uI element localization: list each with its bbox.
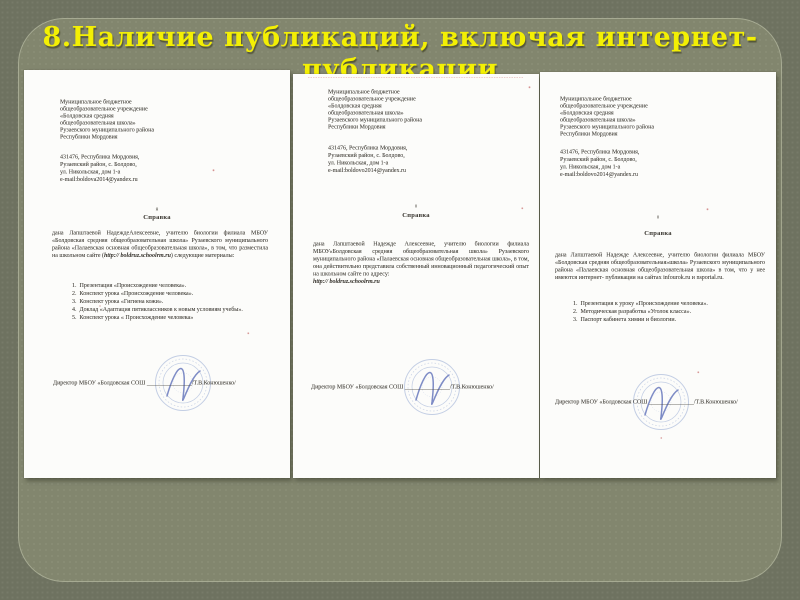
- document-scan-1: Муниципальное бюджетноеобщеобразовательн…: [24, 70, 290, 478]
- red-dashed-line: [308, 77, 523, 78]
- site-url: http:// boldruz.schoolrm.ru: [104, 252, 171, 259]
- doc-body: дана Лапштаевой НадеждеАлексеевне, учите…: [52, 229, 268, 259]
- text-line: Презентация «Происхождение человека».: [78, 281, 290, 289]
- heading-mark: 0: [293, 204, 539, 209]
- text-line: Методическая разработка «Уголок класса».: [579, 307, 776, 315]
- text-line: ул. Никольская, дом 1-а: [60, 168, 215, 176]
- presentation-slide: 8.Наличие публикаций, включая интернет- …: [0, 0, 800, 600]
- text-line: Презентация к уроку «Происхождение челов…: [579, 299, 776, 307]
- text-line: e-mail:boldova2014@yandex.ru: [60, 176, 215, 184]
- text-line: Конспект урока «Гигиена кожи».: [78, 297, 290, 305]
- text-line: Рузаевского муниципального района: [60, 126, 215, 133]
- site-url: http:// boldruz.schoolrm.ru: [313, 278, 529, 286]
- text-line: «Болдовская средняя: [560, 109, 715, 116]
- text-line: Муниципальное бюджетное: [60, 98, 215, 105]
- text-line: общеобразовательное учреждение: [60, 105, 215, 112]
- director-signature-line: Директор МБОУ «Болдовская СОШ __________…: [53, 379, 288, 387]
- text-line: Рузаевский район, с. Болдово,: [60, 161, 215, 169]
- text-line: Рузаевский район, с. Болдово,: [560, 156, 715, 164]
- text-line: общеобразовательная школа»: [328, 109, 483, 116]
- text-line: Рузаевского муниципального района: [560, 123, 715, 130]
- text-line: Рузаевского муниципального района: [328, 116, 483, 123]
- org-header: Муниципальное бюджетноеобщеобразовательн…: [60, 98, 215, 140]
- document-1-content: Муниципальное бюджетноеобщеобразовательн…: [24, 70, 290, 478]
- director-signature-line: Директор МБОУ «Болдовская СОШ __________…: [555, 398, 775, 406]
- org-header: Муниципальное бюджетноеобщеобразовательн…: [328, 88, 483, 130]
- text-line: общеобразовательная школа»: [560, 116, 715, 123]
- text-line: «Болдовская средняя: [60, 112, 215, 119]
- doc-heading: Справка: [24, 213, 290, 221]
- text-line: e-mail:boldovo2014@yandex.ru: [328, 167, 483, 175]
- text-line: Конспект урока «Происхождение человека».: [78, 289, 290, 297]
- ink-speck: [521, 207, 524, 210]
- slide-title-line1: 8.Наличие публикаций, включая интернет-: [0, 22, 800, 54]
- body-text: дана Лапштаевой Надежде Алексеевне, учит…: [555, 251, 765, 281]
- text-line: Республики Мордовия: [60, 133, 215, 140]
- ink-speck: [247, 332, 250, 335]
- ink-speck: [660, 437, 663, 439]
- document-scan-3: Муниципальное бюджетноеобщеобразовательн…: [540, 72, 776, 478]
- doc-heading: Справка: [540, 229, 776, 237]
- text-line: e-mail:boldovo2014@yandex.ru: [560, 171, 715, 179]
- text-line: общеобразовательная школа»: [60, 119, 215, 126]
- text-line: Республики Мордовия: [328, 123, 483, 130]
- document-2-content: Муниципальное бюджетноеобщеобразовательн…: [293, 74, 539, 478]
- body-text: ) следующие материалы:: [171, 252, 234, 259]
- text-line: 431476, Республика Мордовия,: [60, 153, 215, 161]
- heading-mark: й: [24, 207, 290, 212]
- ink-speck: [706, 208, 709, 211]
- text-line: общеобразовательное учреждение: [328, 95, 483, 102]
- ink-speck: [212, 169, 215, 172]
- text-line: Рузаевский район, с. Болдово,: [328, 152, 483, 160]
- text-line: 431476, Республика Мордовия,: [560, 148, 715, 156]
- doc-body: дана Лапштаевой Надежде Алексеевне, учит…: [313, 240, 529, 285]
- body-text: дана Лапштаевой Надежде Алексеевне, учит…: [313, 240, 529, 277]
- doc-heading: Справка: [293, 211, 539, 219]
- materials-list: Презентация к уроку «Происхождение челов…: [566, 299, 776, 323]
- org-header: Муниципальное бюджетноеобщеобразовательн…: [560, 95, 715, 137]
- document-3-content: Муниципальное бюджетноеобщеобразовательн…: [540, 72, 776, 478]
- ink-speck: [99, 305, 101, 307]
- org-address: 431476, Республика Мордовия,Рузаевский р…: [60, 153, 215, 183]
- doc-body: дана Лапштаевой Надежде Алексеевне, учит…: [555, 251, 765, 281]
- materials-list: Презентация «Происхождение человека».Кон…: [65, 281, 290, 321]
- text-line: Паспорт кабинета химии и биологии.: [579, 315, 776, 323]
- document-scan-2: Муниципальное бюджетноеобщеобразовательн…: [293, 74, 539, 478]
- text-line: Республики Мордовия: [560, 130, 715, 137]
- org-address: 431476, Республика Мордовия,Рузаевский р…: [328, 144, 483, 174]
- heading-mark: 0: [540, 215, 776, 220]
- text-line: Муниципальное бюджетное: [328, 88, 483, 95]
- org-address: 431476, Республика Мордовия,Рузаевский р…: [560, 148, 715, 178]
- text-line: ул. Никольская, дом 1-а: [560, 163, 715, 171]
- ink-speck: [528, 86, 531, 89]
- text-line: «Болдовская средняя: [328, 102, 483, 109]
- text-line: общеобразовательное учреждение: [560, 102, 715, 109]
- text-line: Конспект урока « Происхождение человека»: [78, 313, 290, 321]
- text-line: Муниципальное бюджетное: [560, 95, 715, 102]
- director-signature-line: Директор МБОУ «Болдовская СОШ __________…: [311, 383, 536, 391]
- text-line: 431476, Республика Мордовия,: [328, 144, 483, 152]
- text-line: Доклад «Адаптация пятиклассников к новым…: [78, 305, 290, 313]
- ink-speck: [697, 371, 700, 374]
- text-line: ул. Никольская, дом 1-а: [328, 159, 483, 167]
